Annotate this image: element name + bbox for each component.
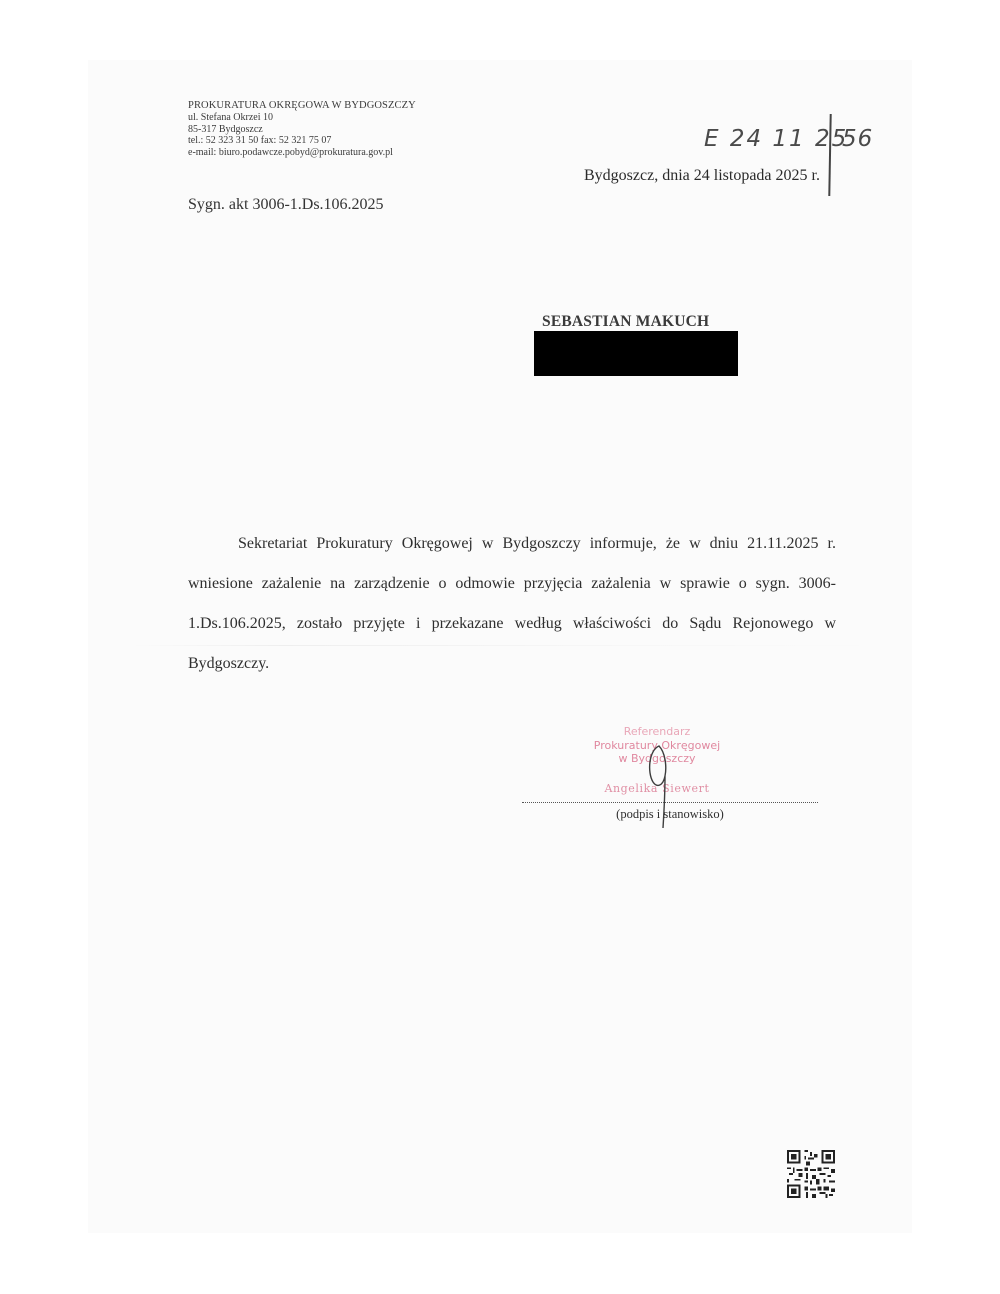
email-address: e-mail: biuro.podawcze.pobyd@prokuratura… (188, 147, 416, 159)
postal-address: 85-317 Bydgoszcz (188, 124, 416, 136)
street-address: ul. Stefana Okrzei 10 (188, 112, 416, 124)
document-date: Bydgoszcz, dnia 24 listopada 2025 r. (584, 167, 820, 185)
organization-name: PROKURATURA OKRĘGOWA W BYDGOSZCZY (188, 100, 416, 112)
case-reference: Sygn. akt 3006-1.Ds.106.2025 (188, 196, 384, 214)
signature-caption: (podpis i stanowisko) (522, 807, 818, 822)
body-paragraph: Sekretariat Prokuratury Okręgowej w Bydg… (188, 524, 836, 684)
letterhead: PROKURATURA OKRĘGOWA W BYDGOSZCZY ul. St… (188, 100, 416, 159)
redacted-address-block (534, 331, 738, 376)
stamp-line-title: Referendarz (572, 725, 742, 739)
handwritten-page-number: 56 (842, 126, 873, 152)
qr-code-icon (787, 1150, 835, 1198)
scan-artifact (130, 645, 890, 646)
signature-dotted-line (522, 802, 818, 803)
phone-fax: tel.: 52 323 31 50 fax: 52 321 75 07 (188, 135, 416, 147)
handwritten-registry-code: E 24 11 25 (704, 126, 848, 152)
addressee-name: SEBASTIAN MAKUCH (542, 313, 709, 331)
